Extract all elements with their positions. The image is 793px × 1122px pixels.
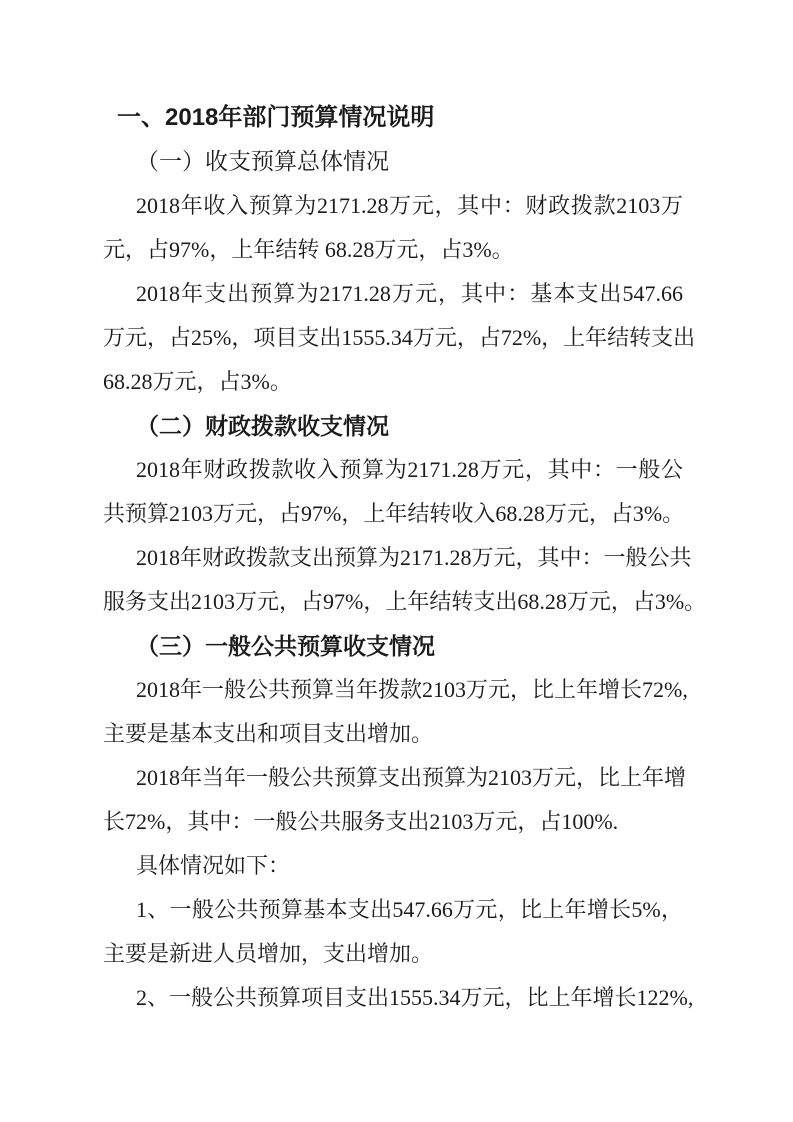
text-line: 主要是新进人员增加，支出增加。 [103, 932, 683, 976]
text-line: 万元，占25%，项目支出1555.34万元，占72%，上年结转支出 [103, 316, 683, 360]
text-line: （三）一般公共预算收支情况 [103, 624, 683, 668]
text-line: 2018年当年一般公共预算支出预算为2103万元，比上年增 [103, 756, 683, 800]
text-line: 元，占97%，上年结转 68.28万元，占3%。 [103, 228, 683, 272]
text-line: （一）收支预算总体情况 [103, 140, 683, 184]
section-heading-3: （三）一般公共预算收支情况 [103, 624, 683, 668]
text-line: 2018年支出预算为2171.28万元，其中：基本支出547.66 [103, 272, 683, 316]
paragraph-fiscal-income: 2018年财政拨款收入预算为2171.28万元，其中：一般公共预算2103万元，… [103, 448, 683, 536]
text-line: 68.28万元，占3%。 [103, 360, 683, 404]
paragraph-fiscal-expenditure: 2018年财政拨款支出预算为2171.28万元，其中：一般公共服务支出2103万… [103, 536, 683, 624]
paragraph-expenditure-budget: 2018年支出预算为2171.28万元，其中：基本支出547.66万元，占25%… [103, 272, 683, 404]
paragraph-item-1: 1、一般公共预算基本支出547.66万元，比上年增长5%，主要是新进人员增加，支… [103, 888, 683, 976]
document-title: 一、2018年部门预算情况说明 [103, 96, 683, 140]
text-line: （二）财政拨款收支情况 [103, 404, 683, 448]
paragraph-item-2: 2、一般公共预算项目支出1555.34万元，比上年增长122%, [103, 976, 683, 1020]
paragraph-general-budget-grant: 2018年一般公共预算当年拨款2103万元，比上年增长72%,主要是基本支出和项… [103, 668, 683, 756]
section-heading-1: （一）收支预算总体情况 [103, 140, 683, 184]
text-line: 2018年财政拨款收入预算为2171.28万元，其中：一般公 [103, 448, 683, 492]
text-line: 2、一般公共预算项目支出1555.34万元，比上年增长122%, [103, 976, 683, 1020]
document-page: 一、2018年部门预算情况说明（一）收支预算总体情况2018年收入预算为2171… [0, 0, 793, 1122]
text-line: 具体情况如下： [103, 844, 683, 888]
text-line: 主要是基本支出和项目支出增加。 [103, 712, 683, 756]
text-line: 一、2018年部门预算情况说明 [103, 96, 683, 140]
paragraph-income-budget: 2018年收入预算为2171.28万元，其中：财政拨款2103万元，占97%，上… [103, 184, 683, 272]
text-line: 2018年一般公共预算当年拨款2103万元，比上年增长72%, [103, 668, 683, 712]
paragraph-general-budget-expenditure: 2018年当年一般公共预算支出预算为2103万元，比上年增长72%，其中：一般公… [103, 756, 683, 844]
text-line: 1、一般公共预算基本支出547.66万元，比上年增长5%， [103, 888, 683, 932]
text-line: 共预算2103万元，占97%，上年结转收入68.28万元，占3%。 [103, 492, 683, 536]
section-heading-2: （二）财政拨款收支情况 [103, 404, 683, 448]
paragraph-details-intro: 具体情况如下： [103, 844, 683, 888]
text-line: 2018年财政拨款支出预算为2171.28万元，其中：一般公共 [103, 536, 683, 580]
text-line: 长72%，其中：一般公共服务支出2103万元，占100%. [103, 800, 683, 844]
document-body: 一、2018年部门预算情况说明（一）收支预算总体情况2018年收入预算为2171… [103, 96, 683, 1020]
text-line: 2018年收入预算为2171.28万元，其中：财政拨款2103万 [103, 184, 683, 228]
text-line: 服务支出2103万元，占97%，上年结转支出68.28万元，占3%。 [103, 580, 683, 624]
